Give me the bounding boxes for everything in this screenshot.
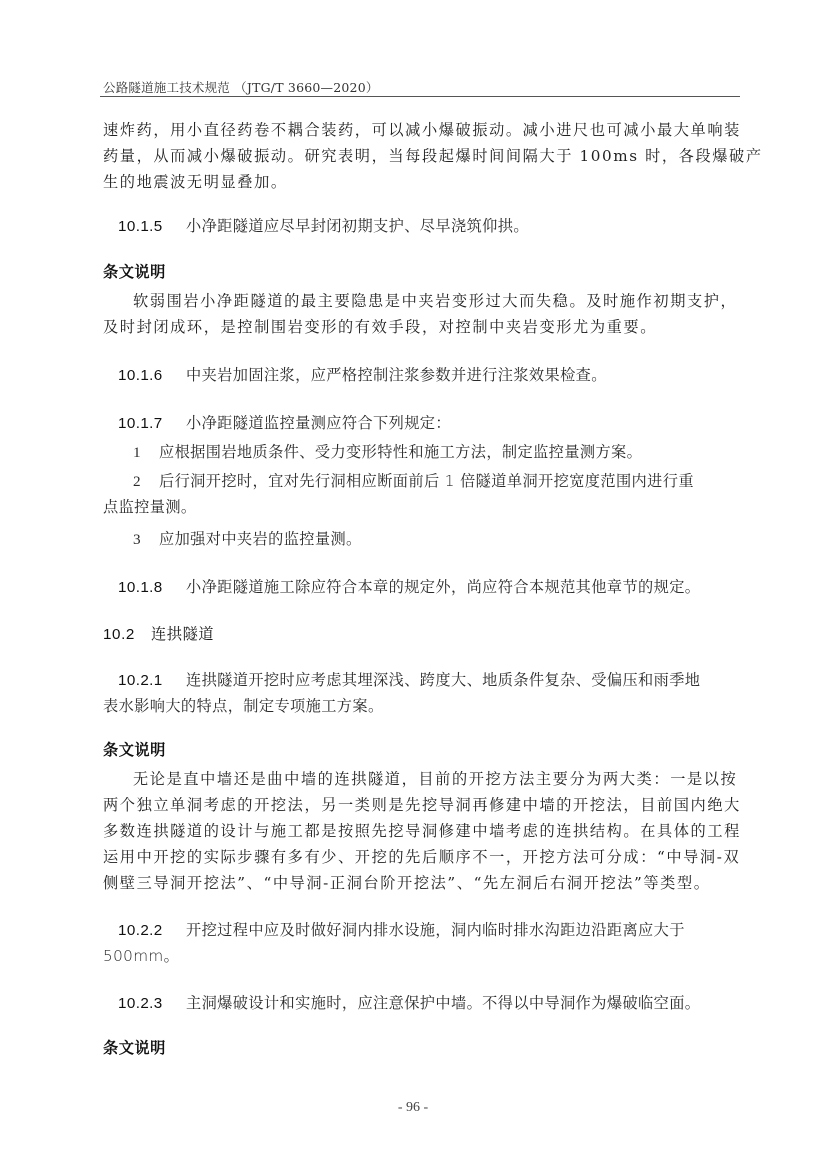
clause-text: 小净距隧道监控量测应符合下列规定： <box>186 414 451 432</box>
commentary-heading: 条文说明 <box>103 741 743 759</box>
item-number: 1 <box>133 444 159 462</box>
paragraph-line: 生的地震波无明显叠加。 <box>103 173 743 191</box>
item-text: 应加强对中夹岩的监控量测。 <box>159 530 362 548</box>
clause-text: 中夹岩加固注浆，应严格控制注浆参数并进行注浆效果检查。 <box>186 366 607 384</box>
clause-10-1-7: 10.1.7小净距隧道监控量测应符合下列规定： <box>118 414 758 433</box>
item-text: 后行洞开挖时，宜对先行洞相应断面前后 1 倍隧道单洞开挖宽度范围内进行重 <box>159 472 694 490</box>
clause-text: 小净距隧道应尽早封闭初期支护、尽早浇筑仰拱。 <box>186 217 529 235</box>
clause-10-1-8: 10.1.8小净距隧道施工除应符合本章的规定外，尚应符合本规范其他章节的规定。 <box>118 578 758 597</box>
section-title: 连拱隧道 <box>151 625 214 643</box>
clause-number: 10.1.7 <box>118 415 186 433</box>
running-header: 公路隧道施工技术规范 （JTG/T 3660—2020） <box>103 78 379 96</box>
commentary-line: 及时封闭成环，是控制围岩变形的有效手段，对控制中夹岩变形尤为重要。 <box>103 318 743 336</box>
clause-text: 小净距隧道施工除应符合本章的规定外，尚应符合本规范其他章节的规定。 <box>186 578 700 596</box>
clause-10-1-5: 10.1.5小净距隧道应尽早封闭初期支护、尽早浇筑仰拱。 <box>118 217 758 236</box>
commentary-line: 无论是直中墙还是曲中墙的连拱隧道，目前的开挖方法主要分为两大类：一是以按 <box>133 770 773 788</box>
commentary-line: 软弱围岩小净距隧道的最主要隐患是中夹岩变形过大而失稳。及时施作初期支护， <box>133 292 773 310</box>
clause-10-2-2: 10.2.2开挖过程中应及时做好洞内排水设施，洞内临时排水沟距边沿距离应大于 <box>118 921 758 940</box>
list-item: 1应根据围岩地质条件、受力变形特性和施工方法，制定监控量测方案。 <box>133 443 773 462</box>
paragraph-line: 药量，从而减小爆破振动。研究表明，当每段起爆时间间隔大于 100ms 时，各段爆… <box>103 147 743 165</box>
clause-number: 10.1.6 <box>118 367 186 385</box>
commentary-line: 运用中开挖的实际步骤有多有少、开挖的先后顺序不一，开挖方法可分成：“中导洞-双 <box>103 848 743 866</box>
clause-continuation: 500mm。 <box>103 947 743 965</box>
list-item: 3应加强对中夹岩的监控量测。 <box>133 530 773 549</box>
commentary-line: 侧壁三导洞开挖法”、“中导洞-正洞台阶开挖法”、“先左洞后右洞开挖法”等类型。 <box>103 874 743 892</box>
clause-number: 10.2.3 <box>118 995 186 1013</box>
header-rule <box>100 96 740 97</box>
list-item: 2后行洞开挖时，宜对先行洞相应断面前后 1 倍隧道单洞开挖宽度范围内进行重 <box>133 472 773 491</box>
section-number: 10.2 <box>103 626 151 644</box>
clause-number: 10.1.5 <box>118 218 186 236</box>
clause-10-1-6: 10.1.6中夹岩加固注浆，应严格控制注浆参数并进行注浆效果检查。 <box>118 366 758 385</box>
commentary-heading: 条文说明 <box>103 1039 743 1057</box>
item-number: 3 <box>133 531 159 549</box>
clause-number: 10.1.8 <box>118 579 186 597</box>
clause-number: 10.2.1 <box>118 672 186 690</box>
clause-10-2-1: 10.2.1连拱隧道开挖时应考虑其埋深浅、跨度大、地质条件复杂、受偏压和雨季地 <box>118 671 758 690</box>
clause-text: 开挖过程中应及时做好洞内排水设施，洞内临时排水沟距边沿距离应大于 <box>186 921 685 939</box>
list-item-continuation: 点监控量测。 <box>103 498 743 516</box>
clause-text: 连拱隧道开挖时应考虑其埋深浅、跨度大、地质条件复杂、受偏压和雨季地 <box>186 671 700 689</box>
commentary-line: 多数连拱隧道的设计与施工都是按照先挖导洞修建中墙考虑的连拱结构。在具体的工程 <box>103 822 743 840</box>
item-text: 应根据围岩地质条件、受力变形特性和施工方法，制定监控量测方案。 <box>159 443 642 461</box>
paragraph-line: 速炸药，用小直径药卷不耦合装药，可以减小爆破振动。减小进尺也可减小最大单响装 <box>103 121 743 139</box>
clause-text: 主洞爆破设计和实施时，应注意保护中墙。不得以中导洞作为爆破临空面。 <box>186 994 700 1012</box>
section-heading-10-2: 10.2连拱隧道 <box>103 625 743 644</box>
clause-number: 10.2.2 <box>118 922 186 940</box>
page-number: - 96 - <box>0 1100 826 1116</box>
item-number: 2 <box>133 473 159 491</box>
commentary-heading: 条文说明 <box>103 263 743 281</box>
commentary-line: 两个独立单洞考虑的开挖法，另一类则是先挖导洞再修建中墙的开挖法，目前国内绝大 <box>103 796 743 814</box>
clause-continuation: 表水影响大的特点，制定专项施工方案。 <box>103 697 743 715</box>
clause-10-2-3: 10.2.3主洞爆破设计和实施时，应注意保护中墙。不得以中导洞作为爆破临空面。 <box>118 994 758 1013</box>
